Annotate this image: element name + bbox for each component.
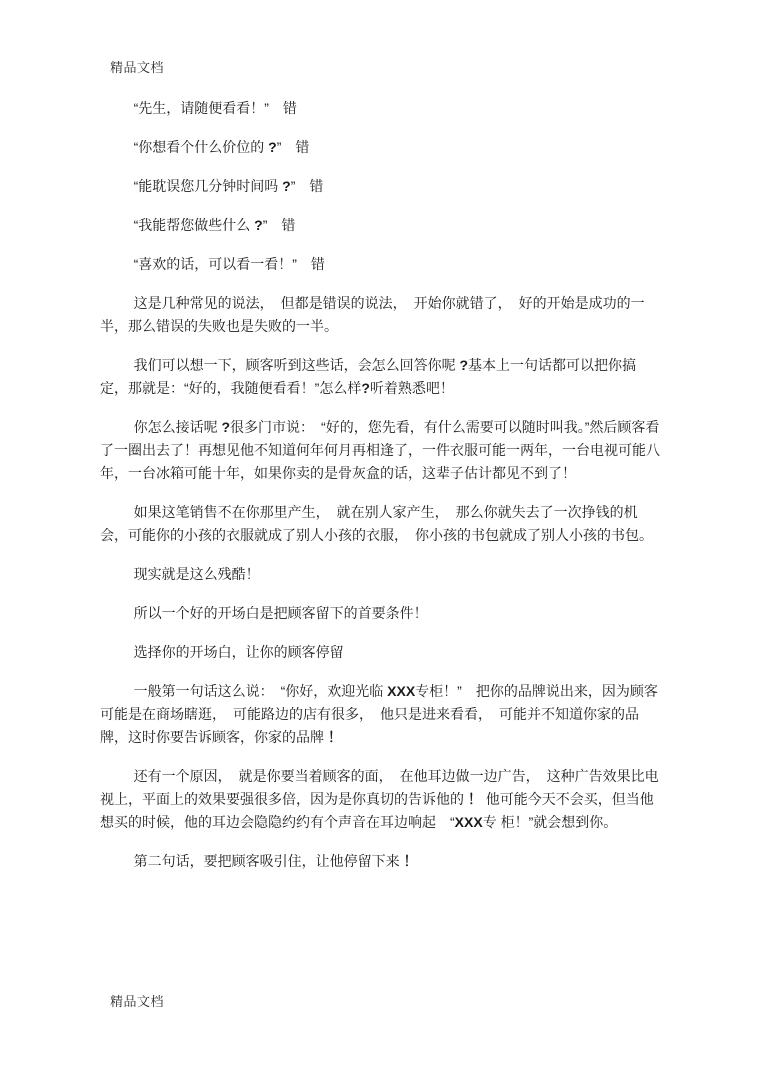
text-segment: ” 错 [291,178,324,194]
text-segment: ！ [464,791,486,807]
text-segment: 第二句话，要把顾客吸引住，让他停留下来 [134,853,400,869]
text-segment: ” 错 [277,139,310,155]
text-segment: ！ [400,853,418,869]
header-watermark: 精品文档 [110,57,164,76]
text-segment: 如果这笔销售不在你那里产生， 就在别人家产生， 那么你就失去了一次挣钱的机会，可… [100,504,653,543]
text-segment: “喜欢的话，可以看一看！” 错 [134,256,325,272]
text-segment: “我能帮您做些什么 [134,217,255,233]
paragraph-1: 这是几种常见的说法， 但都是错误的说法， 开始你就错了， 好的开始是成功的一半，… [100,292,662,338]
text-segment: ！ [324,729,342,745]
paragraph-10: 第二句话，要把顾客吸引住，让他停留下来 ！ [100,850,662,873]
paragraph-8: 一般第一句话这么说： “你好，欢迎光临 XXX专柜！” 把你的品牌说出来，因为顾… [100,680,662,749]
document-page: 精品文档 “先生，请随便看看！” 错 “你想看个什么价位的 ?” 错 “能耽误您… [0,0,762,1080]
text-segment: ? [459,357,468,373]
text-segment: 听着熟悉吧！ [370,380,454,396]
text-segment: ? [268,139,277,155]
paragraph-2: 我们可以想一下，顾客听到这些话，会怎么回答你呢 ?基本上一句话都可以把你搞定，那… [100,354,662,400]
text-segment: XXX [387,683,415,699]
text-segment: “你想看个什么价位的 [134,139,269,155]
paragraph-7: 选择你的开场白，让你的顾客停留 [100,641,662,664]
text-segment: “先生，请随便看看！” 错 [134,100,297,116]
text-segment: 现实就是这么残酷！ [134,566,260,582]
paragraph-6: 所以一个好的开场白是把顾客留下的首要条件！ [100,602,662,625]
text-segment: 选择你的开场白，让你的顾客停留 [134,644,344,660]
text-segment: ? [282,178,291,194]
text-segment: 这是几种常见的说法， 但都是错误的说法， 开始你就错了， 好的开始是成功的一半，… [100,295,645,334]
quote-line-3: “能耽误您几分钟时间吗 ?” 错 [100,175,662,198]
quote-line-2: “你想看个什么价位的 ?” 错 [100,136,662,159]
text-segment: ? [361,380,370,396]
quote-line-4: “我能帮您做些什么 ?” 错 [100,214,662,237]
paragraph-3: 你怎么接话呢 ?很多门市说： “好的，您先看，有什么需要可以随时叫我。”然后顾客… [100,416,662,485]
document-body: “先生，请随便看看！” 错 “你想看个什么价位的 ?” 错 “能耽误您几分钟时间… [100,97,662,889]
paragraph-9: 还有一个原因， 就是你要当着顾客的面， 在他耳边做一边广告， 这种广告效果比电视… [100,765,662,834]
text-segment: 你怎么接话呢 [134,419,222,435]
text-segment: 所以一个好的开场白是把顾客留下的首要条件！ [134,605,428,621]
footer-watermark: 精品文档 [110,991,164,1010]
text-segment: ? [221,419,230,435]
text-segment: ” 错 [263,217,296,233]
text-segment: 我们可以想一下，顾客听到这些话，会怎么回答你呢 [134,357,460,373]
text-segment: ? [254,217,263,233]
paragraph-5: 现实就是这么残酷！ [100,563,662,586]
quote-line-1: “先生，请随便看看！” 错 [100,97,662,120]
paragraph-4: 如果这笔销售不在你那里产生， 就在别人家产生， 那么你就失去了一次挣钱的机会，可… [100,501,662,547]
text-segment: “能耽误您几分钟时间吗 [134,178,283,194]
text-segment: 专 柜！”就会想到你。 [483,814,618,830]
text-segment: XXX [455,814,483,830]
text-segment: 一般第一句话这么说： “你好，欢迎光临 [134,683,388,699]
quote-line-5: “喜欢的话，可以看一看！” 错 [100,253,662,276]
